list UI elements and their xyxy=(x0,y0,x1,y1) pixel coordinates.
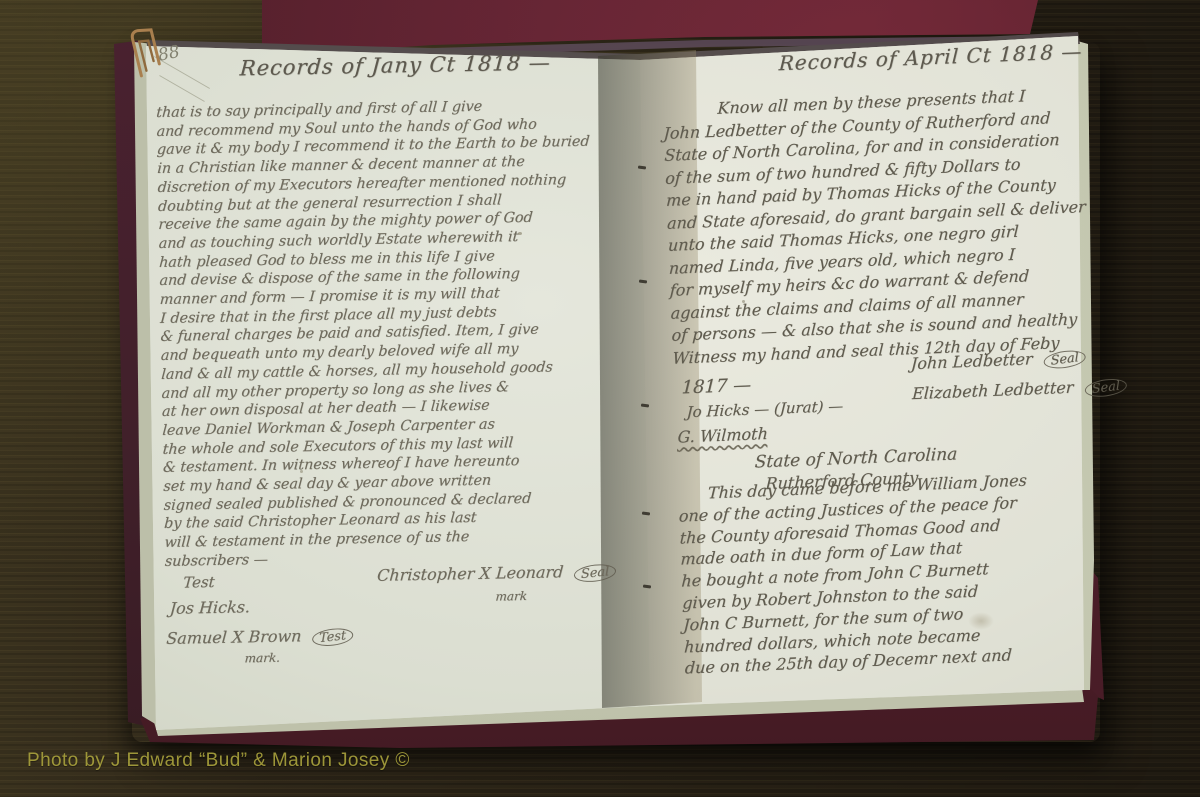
witness-name: Samuel X Brown xyxy=(166,626,302,648)
test-label: Test xyxy=(183,573,216,592)
grantor-2-signature: Elizabeth Ledbetter Seal xyxy=(912,376,1127,405)
seal-oval: Seal xyxy=(1084,377,1127,399)
left-page-heading: Records of Jany Ct 1818 — xyxy=(225,50,567,81)
grantor-2-name: Elizabeth Ledbetter xyxy=(912,378,1074,404)
witness-signature: G. Wilmoth xyxy=(677,424,768,447)
witness-signature: Jos Hicks. xyxy=(169,597,251,618)
right-page-text: Records of April Ct 1818 — Know all men … xyxy=(660,31,1118,748)
oath-text-lines: This day came before me William Jonesone… xyxy=(677,470,1034,680)
witness-jurat: Jo Hicks — (Jurat) — xyxy=(686,397,843,421)
deed-text-lines: Know all men by these presents that IJoh… xyxy=(662,83,1091,370)
testator-name: Christopher X Leonard xyxy=(377,562,565,585)
witness-signature: Samuel X Brown Test xyxy=(166,625,354,649)
left-page-text: 88 Records of Jany Ct 1818 — that is to … xyxy=(155,41,648,730)
page-number: 88 xyxy=(156,42,181,66)
seal-oval: Seal xyxy=(574,562,616,583)
will-text-lines: that is to say principally and first of … xyxy=(156,96,598,572)
photo-credit-watermark: Photo by J Edward “Bud” & Marion Josey © xyxy=(27,750,410,772)
seal-oval: Seal xyxy=(1043,348,1086,370)
oath-state-line: State of North Carolina xyxy=(754,444,958,472)
mark-label: mark xyxy=(495,589,527,604)
right-page-heading: Records of April Ct 1818 — xyxy=(775,39,1086,76)
grantor-name: John Ledbetter xyxy=(910,349,1033,373)
photo-of-record-book: { "colors": { "book_cover_maroon": "#5c2… xyxy=(0,0,1200,797)
seal-oval: Test xyxy=(312,627,353,648)
deed-year: 1817 — xyxy=(681,375,751,399)
testator-signature: Christopher X Leonard Seal xyxy=(376,561,617,586)
mark-label: mark. xyxy=(244,651,280,666)
